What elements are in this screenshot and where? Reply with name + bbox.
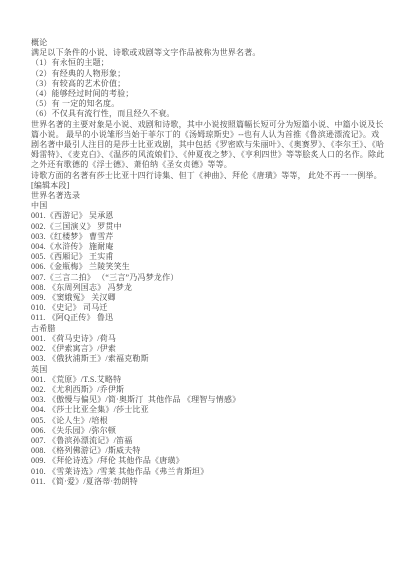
overview-paragraph: 世界名著的主要对象是小说、戏剧和诗歌，其中小说按照篇幅长短可分为短篇小说、中篇小… xyxy=(31,120,387,171)
overview-heading: 概论 xyxy=(31,38,387,48)
criterion-item: （4）能够经过时间的考验； xyxy=(31,89,387,99)
catalog-entry: 005. 《论人生》/培根 xyxy=(31,416,387,426)
criterion-item: （6）不仅具有流行性，而且经久不衰。 xyxy=(31,109,387,119)
catalog-entry: 003. 《俄狄浦斯王》/索福克勒斯 xyxy=(31,354,387,364)
edit-section-tag: [编辑本段] xyxy=(31,181,387,191)
catalog-region-heading: 古希腊 xyxy=(31,324,387,334)
catalog-entry: 006. 《失乐园》/弥尔顿 xyxy=(31,426,387,436)
criteria-list: （1）有永恒的主题；（2）有经典的人物形象；（3）有较高的艺术价值；（4）能够经… xyxy=(31,58,387,119)
document-page: 概论 满足以下条件的小说、诗歌或戏剧等文字作品被称为世界名著。 （1）有永恒的主… xyxy=(0,0,400,566)
catalog-entry: 007. 《鲁滨孙漂流记》/笛福 xyxy=(31,436,387,446)
catalog-entry: 001. 《荷马史诗》/荷马 xyxy=(31,334,387,344)
document-body: 概论 满足以下条件的小说、诗歌或戏剧等文字作品被称为世界名著。 （1）有永恒的主… xyxy=(31,38,387,487)
catalog-entry: 008. 《东周列国志》 冯梦龙 xyxy=(31,283,387,293)
criterion-item: （3）有较高的艺术价值； xyxy=(31,79,387,89)
catalog-entry: 011. 《简·爱》/夏洛蒂·勃朗特 xyxy=(31,477,387,487)
catalog-region-heading: 中国 xyxy=(31,201,387,211)
catalog-entry: 007.《三言二拍》 （“三言”乃冯梦龙作） xyxy=(31,273,387,283)
catalog-entry: 002. 《伊索寓言》/伊索 xyxy=(31,344,387,354)
overview-paragraph: 诗歌方面的名著有莎士比亚十四行诗集、但丁《神曲》、拜伦《唐璜》等等， 此处不再一… xyxy=(31,171,387,181)
catalog-entry: 003.《红楼梦》 曹雪芹 xyxy=(31,232,387,242)
overview-paragraphs: 世界名著的主要对象是小说、戏剧和诗歌，其中小说按照篇幅长短可分为短篇小说、中篇小… xyxy=(31,120,387,181)
criterion-item: （1）有永恒的主题； xyxy=(31,58,387,68)
criterion-item: （5）有 一定的知名度。 xyxy=(31,99,387,109)
catalog-entry: 004.《水浒传》 施耐庵 xyxy=(31,242,387,252)
catalog-entry: 001.《西游记》 吴承恩 xyxy=(31,211,387,221)
catalog-region-heading: 英国 xyxy=(31,365,387,375)
catalog-entry: 005.《西厢记》 王实甫 xyxy=(31,252,387,262)
catalog-entry: 004. 《莎士比亚全集》/莎士比亚 xyxy=(31,405,387,415)
catalog-groups: 中国001.《西游记》 吴承恩002.《三国演义》 罗贯中003.《红楼梦》 曹… xyxy=(31,201,387,487)
catalog-entry: 002. 《尤利西斯》/乔伊斯 xyxy=(31,385,387,395)
criterion-item: （2）有经典的人物形象； xyxy=(31,69,387,79)
catalog-entry: 010. 《雪莱诗选》/雪莱 其他作品《弗兰肯斯坦》 xyxy=(31,467,387,477)
catalog-entry: 009. 《拜伦诗选》/拜伦 其他作品《唐璜》 xyxy=(31,456,387,466)
catalog-entry: 002.《三国演义》 罗贯中 xyxy=(31,222,387,232)
catalog-entry: 010. 《史记》 司马迁 xyxy=(31,303,387,313)
catalog-entry: 011. 《阿Q正传》 鲁迅 xyxy=(31,313,387,323)
catalog-entry: 001. 《荒原》/T.S.艾略特 xyxy=(31,375,387,385)
catalog-entry: 003. 《傲慢与偏见》/简·奥斯汀 其他作品 《理智与情感》 xyxy=(31,395,387,405)
overview-intro: 满足以下条件的小说、诗歌或戏剧等文字作品被称为世界名著。 xyxy=(31,48,387,58)
catalog-entry: 006.《金瓶梅》 兰陵笑笑生 xyxy=(31,262,387,272)
catalog-entry: 008. 《格列佛游记》/斯威夫特 xyxy=(31,446,387,456)
catalog-entry: 009. 《窦娥冤》 关汉卿 xyxy=(31,293,387,303)
catalog-title: 世界名著选录 xyxy=(31,191,387,201)
